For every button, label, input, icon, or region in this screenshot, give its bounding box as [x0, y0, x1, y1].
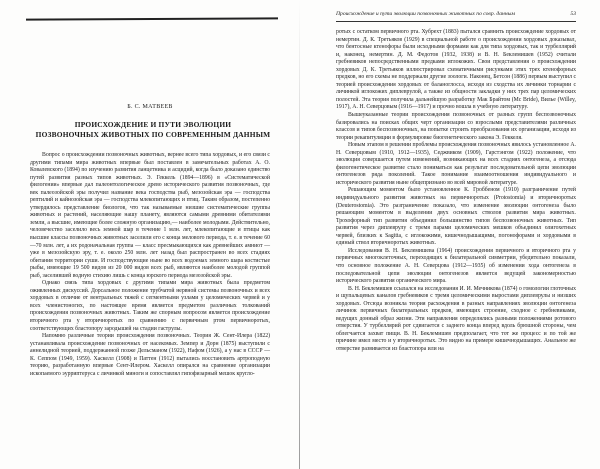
paragraph: В. Н. Беклемишев ссылался на исследовани…: [336, 286, 576, 354]
paragraph: Исследования В. Н. Беклемишева (1964) пр…: [336, 248, 576, 286]
author-name: Б. С. МАТВЕЕВ: [0, 104, 300, 110]
paragraph: Новым этапом в решении проблемы происхож…: [336, 142, 576, 187]
paragraph: ротых с остатком первичного рта. Хубрехт…: [336, 29, 576, 112]
body-text: Вопрос о происхождении позвоночных живот…: [30, 152, 270, 378]
title-line-1: ПРОИСХОЖДЕНИЕ И ПУТИ ЭВОЛЮЦИИ: [28, 120, 278, 130]
header-rule: [336, 21, 576, 22]
running-head: Происхождение и пути эволюции позвоночны…: [336, 11, 576, 17]
title-line-2: ПОЗВОНОЧНЫХ ЖИВОТНЫХ ПО СОВРЕМЕННЫМ ДАНН…: [28, 130, 278, 140]
paragraph: Вышеуказанные теории происхождения позво…: [336, 112, 576, 142]
running-head-title: Происхождение и пути эволюции позвоночны…: [336, 11, 515, 17]
left-page: Б. С. МАТВЕЕВ ПРОИСХОЖДЕНИЕ И ПУТИ ЭВОЛЮ…: [0, 0, 300, 469]
paragraph: Решающим моментом было установленное К. …: [336, 187, 576, 247]
page-number: 53: [570, 11, 576, 17]
paragraph: Напомню различные теории происхождения п…: [30, 333, 270, 378]
article-title: ПРОИСХОЖДЕНИЕ И ПУТИ ЭВОЛЮЦИИ ПОЗВОНОЧНЫ…: [28, 120, 278, 140]
top-rule: [26, 17, 278, 20]
body-text: ротых с остатком первичного рта. Хубрехт…: [336, 29, 576, 354]
paragraph: Однако связь типа хордовых с другими тип…: [30, 280, 270, 333]
paragraph: Вопрос о происхождении позвоночных живот…: [30, 152, 270, 280]
right-page: Происхождение и пути эволюции позвоночны…: [300, 0, 600, 469]
